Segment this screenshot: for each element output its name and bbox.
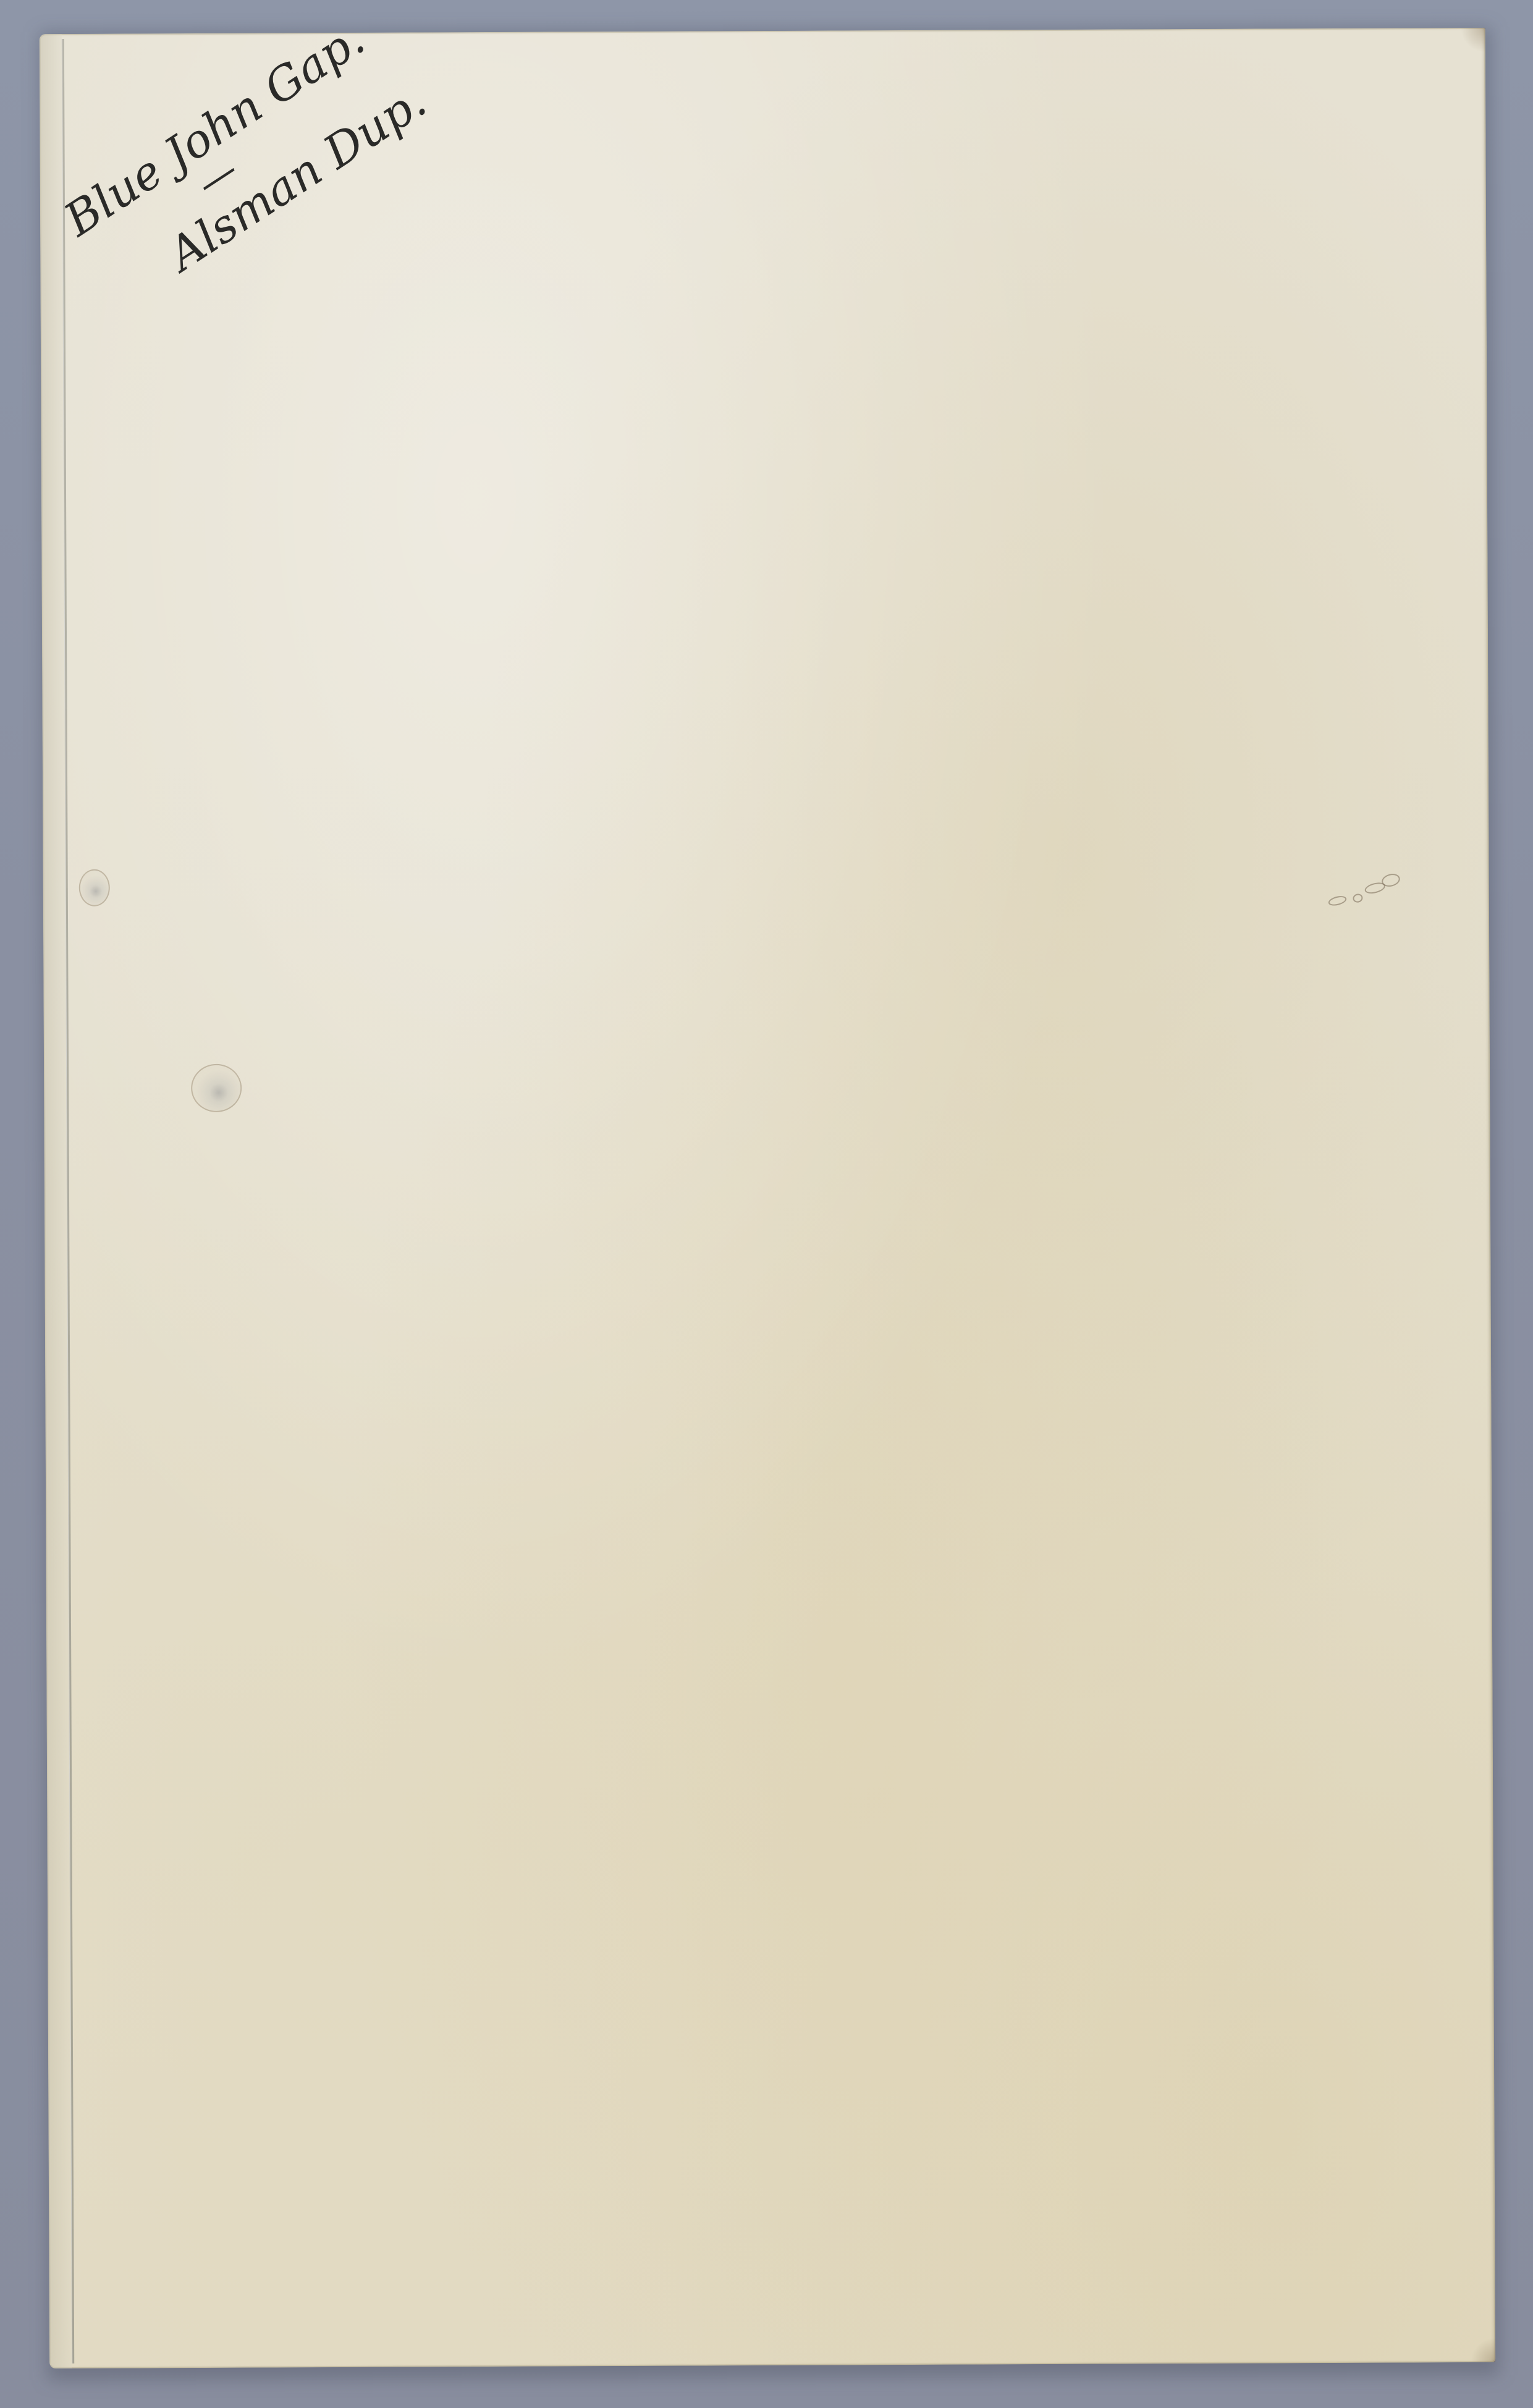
document-board: Blue John Gap. — Alsman Dup. bbox=[40, 28, 1495, 2368]
foxing-spot bbox=[191, 1064, 242, 1112]
handwritten-annotation: Blue John Gap. — Alsman Dup. bbox=[54, 0, 437, 321]
foxing-spot bbox=[79, 869, 110, 906]
corner-wear bbox=[1471, 2338, 1495, 2362]
corner-wear bbox=[1461, 28, 1485, 53]
stain-marks bbox=[1325, 872, 1403, 915]
